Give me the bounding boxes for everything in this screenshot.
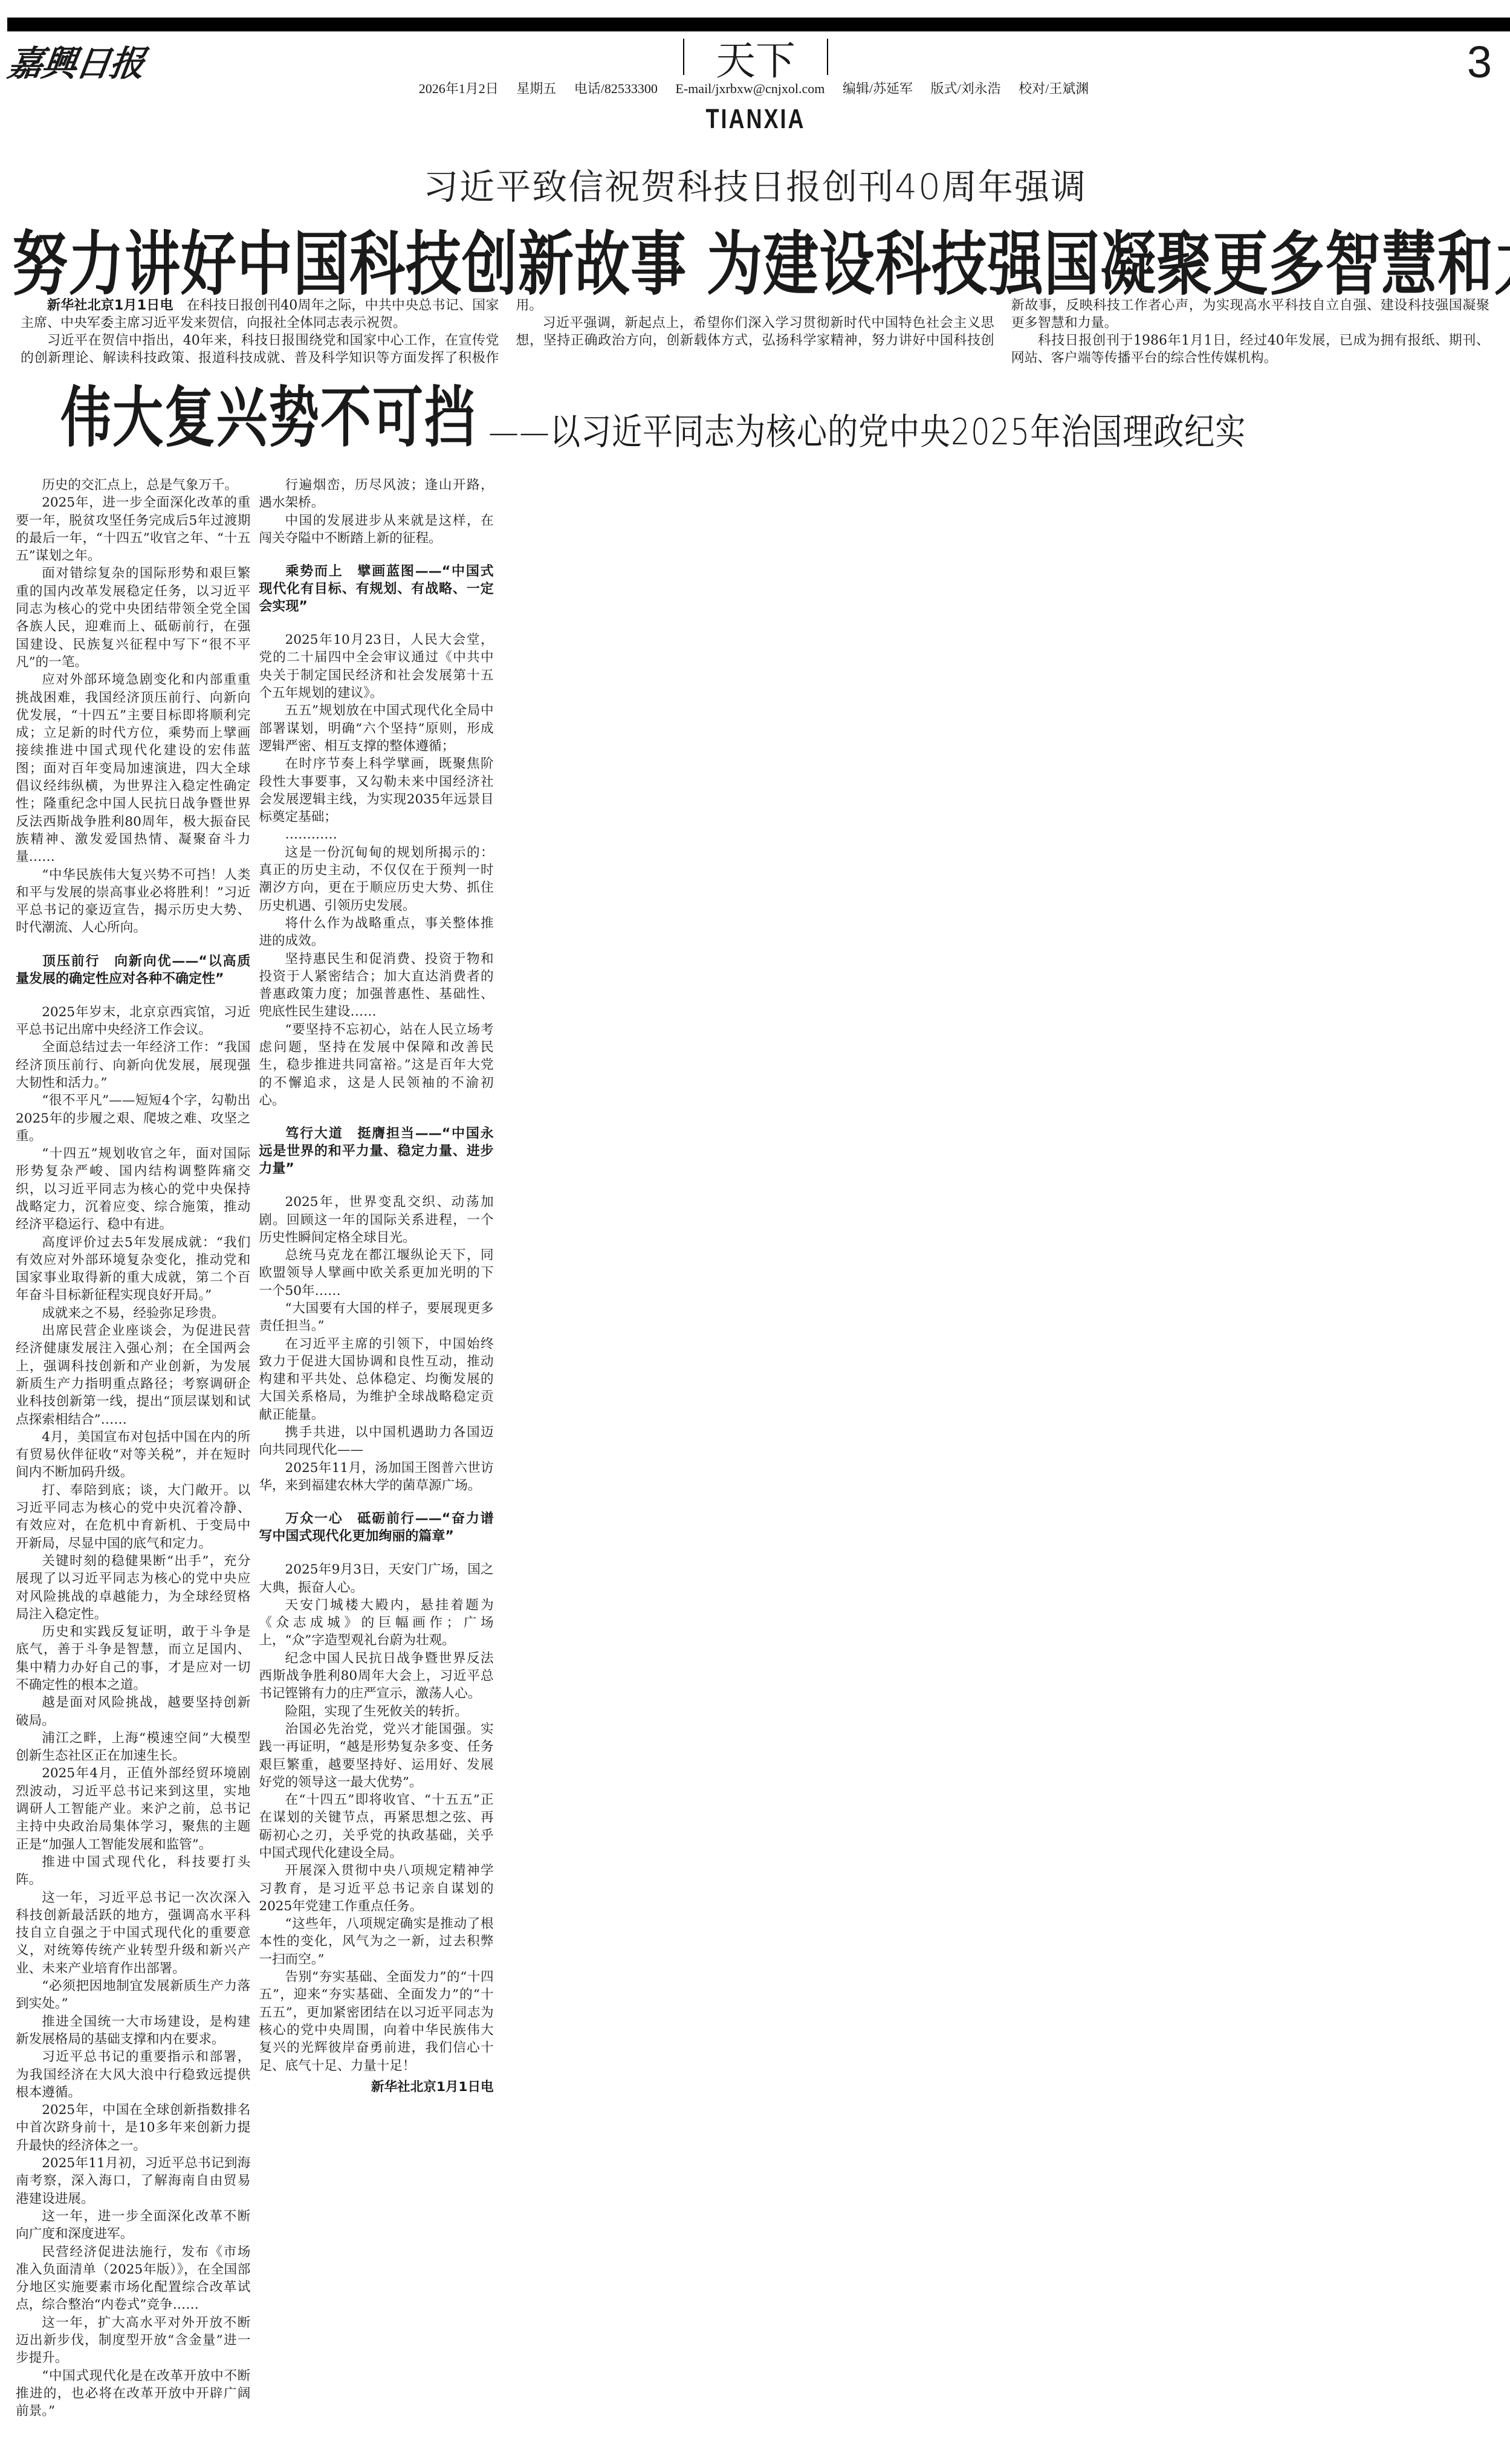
top-story-body: 新华社北京1月1日电 在科技日报创刊40周年之际，中共中央总书记、国家主席、中央… [21,297,1489,367]
issue-weekday: 星期五 [516,81,556,96]
body-paragraph: “很不平凡”——短短4个字，勾勒出2025年的步履之艰、爬坡之难、攻坚之重。 [16,1092,250,1145]
body-paragraph: 面对错综复杂的国际形势和艰巨繁重的国内改革发展稳定任务，以习近平同志为核心的党中… [16,565,250,671]
main-story-headline: 伟大复兴势不可挡 [60,365,476,460]
contact-email: E-mail/jxrbxw@cnjxol.com [675,81,825,96]
section-divider-right [827,39,828,75]
proofreader-credit: 校对/王斌渊 [1019,81,1089,96]
editor-credit: 编辑/苏延军 [843,81,913,96]
body-paragraph: 打、奉陪到底；谈，大门敞开。以习近平同志为核心的党中央沉着冷静、有效应对，在危机… [16,1482,250,1552]
page-number: 3 [1467,36,1492,88]
main-story-heading: 伟大复兴势不可挡 ——以习近平同志为核心的党中央2025年治国理政纪实 [60,387,1246,460]
body-paragraph: 这一年，进一步全面深化改革不断向广度和深度进军。 [16,2208,250,2243]
body-paragraph: 纪念中国人民抗日战争暨世界反法西斯战争胜利80周年大会上，习近平总书记铿锵有力的… [259,1650,493,1703]
body-paragraph: 成就来之不易，经验弥足珍贵。 [16,1305,250,1322]
body-paragraph: 2025年9月3日，天安门广场，国之大典，振奋人心。 [259,1561,493,1597]
body-paragraph: 习近平总书记的重要指示和部署，为我国经济在大风大浪中行稳致远提供根本遵循。 [16,2048,250,2101]
body-paragraph: 携手共进，以中国机遇助力各国迈向共同现代化—— [259,1424,493,1459]
section-pinyin: TIANXIA [641,103,870,135]
body-paragraph: 2025年，进一步全面深化改革的重要一年，脱贫攻坚任务完成后5年过渡期的最后一年… [16,494,250,565]
top-story-headline: 努力讲好中国科技创新故事 为建设科技强国凝聚更多智慧和力量 [12,209,1499,308]
section-subheading: 万众一心 砥砺前行——“奋力谱写中国式现代化更加绚丽的篇章” [259,1510,493,1545]
newspaper-logo: 嘉興日报 [5,35,147,86]
body-paragraph: 将什么作为战略重点，事关整体推进的成效。 [259,915,493,950]
body-paragraph: 2025年岁末，北京京西宾馆，习近平总书记出席中央经济工作会议。 [16,1003,250,1039]
top-story-kicker: 习近平致信祝贺科技日报创刊40周年强调 [0,158,1510,209]
body-paragraph: 应对外部环境急剧变化和内部重重挑战困难，我国经济顶压前行、向新向优发展，“十四五… [16,671,250,866]
closing-dateline: 新华社北京1月1日电 [259,2078,493,2096]
body-paragraph: 在时序节奏上科学擘画，既聚焦阶段性大事要事，又勾勒未来中国经济社会发展逻辑主线，… [259,755,493,826]
body-paragraph: 这一年，习近平总书记一次次深入科技创新最活跃的地方，强调高水平科技自立自强之于中… [16,1889,250,1977]
body-paragraph: 治国必先治党，党兴才能国强。实践一再证明，“越是形势复杂多变、任务艰巨繁重，越要… [259,1720,493,1791]
body-paragraph: 2025年，世界变乱交织、动荡加剧。回顾这一年的国际关系进程，一个历史性瞬间定格… [259,1193,493,1247]
body-paragraph: 天安门城楼大殿内，悬挂着题为《众志成城》的巨幅画作；广场上，“众”字造型观礼台蔚… [259,1597,493,1650]
body-paragraph: 民营经济促进法施行，发布《市场准入负面清单（2025年版）》，在全国部分地区实施… [16,2243,250,2314]
top-story-dateline: 新华社北京1月1日电 [47,298,173,313]
section-title: 天下 [629,35,883,79]
body-paragraph: “中华民族伟大复兴势不可挡！人类和平与发展的崇高事业必将胜利！”习近平总书记的豪… [16,866,250,937]
body-paragraph: 五五”规划放在中国式现代化全局中部署谋划，明确“六个坚持”原则，形成逻辑严密、相… [259,702,493,755]
body-paragraph: 险阻，实现了生死攸关的转折。 [259,1703,493,1720]
body-paragraph: 2025年11月，汤加国王图普六世访华，来到福建农林大学的菌草源广场。 [259,1459,493,1495]
body-paragraph: 这是一份沉甸甸的规划所揭示的：真正的历史主动，不仅仅在于预判一时潮汐方向，更在于… [259,844,493,915]
body-paragraph: 历史的交汇点上，总是气象万千。 [16,476,250,494]
body-paragraph: 行遍烟峦，历尽风波；逢山开路，遇水架桥。 [259,476,493,512]
body-paragraph: 2025年4月，正值外部经贸环境剧烈波动，习近平总书记来到这里，实地调研人工智能… [16,1765,250,1853]
body-paragraph: “这些年，八项规定确实是推动了根本性的变化，风气为之一新，过去积弊一扫而空。” [259,1915,493,1968]
body-paragraph: 浦江之畔，上海“模速空间”大模型创新生态社区正在加速生长。 [16,1730,250,1765]
body-paragraph: 历史和实践反复证明，敢于斗争是底气，善于斗争是智慧，而立足国内、集中精力办好自己… [16,1623,250,1694]
body-paragraph: 4月，美国宣布对包括中国在内的所有贸易伙伴征收“对等关税”，并在短时间内不断加码… [16,1428,250,1482]
body-paragraph: 开展深入贯彻中央八项规定精神学习教育，是习近平总书记亲自谋划的2025年党建工作… [259,1862,493,1915]
body-paragraph: 2025年11月初，习近平总书记到海南考察，深入海口，了解海南自由贸易港建设进展… [16,2154,250,2208]
main-story-subheadline: ——以习近平同志为核心的党中央2025年治国理政纪实 [488,403,1246,455]
body-paragraph: 越是面对风险挑战，越要坚持创新破局。 [16,1694,250,1730]
section-title-text: 天下 [716,28,796,86]
issue-date: 2026年1月2日 [419,81,499,96]
body-paragraph: 中国的发展进步从来就是这样，在闯关夺隘中不断踏上新的征程。 [259,512,493,548]
body-paragraph: 关键时刻的稳健果断“出手”，充分展现了以习近平同志为核心的党中央应对风险挑战的卓… [16,1552,250,1623]
layout-credit: 版式/刘永浩 [930,81,1000,96]
body-paragraph: 推进中国式现代化，科技要打头阵。 [16,1853,250,1889]
body-paragraph: “要坚持不忘初心，站在人民立场考虑问题，坚持在发展中保障和改善民生，稳步推进共同… [259,1021,493,1109]
section-subheading: 乘势而上 擘画蓝图——“中国式现代化有目标、有规划、有战略、一定会实现” [259,563,493,615]
body-paragraph: 出席民营企业座谈会，为促进民营经济健康发展注入强心剂；在全国两会上，强调科技创新… [16,1322,250,1428]
body-paragraph: 高度评价过去5年发展成就：“我们有效应对外部环境复杂变化，推动党和国家事业取得新… [16,1234,250,1305]
body-paragraph: 全面总结过去一年经济工作：“我国经济顶压前行、向新向优发展，展现强大韧性和活力。… [16,1039,250,1092]
body-paragraph: 在“十四五”即将收官、“十五五”正在谋划的关键节点，再紧思想之弦、再砺初心之刃，… [259,1791,493,1862]
body-paragraph: 坚持惠民生和促消费、投资于物和投资于人紧密结合；加大直达消费者的普惠政策力度；加… [259,950,493,1021]
body-paragraph: 2025年，中国在全球创新指数排名中首次跻身前十，是10多年来创新力提升最快的经… [16,2101,250,2154]
body-paragraph: ………… [259,826,493,843]
body-paragraph: “必须把因地制宜发展新质生产力落到实处。” [16,1977,250,2013]
body-paragraph: 推进全国统一大市场建设，是构建新发展格局的基础支撑和内在要求。 [16,2013,250,2049]
section-subheading: 笃行大道 挺膺担当——“中国永远是世界的和平力量、稳定力量、进步力量” [259,1125,493,1178]
body-paragraph: 总统马克龙在都江堰纵论天下，同欧盟领导人擘画中欧关系更加光明的下一个50年…… [259,1247,493,1300]
section-divider-left [683,39,684,75]
top-story-paragraph: 新华社北京1月1日电 在科技日报创刊40周年之际，中共中央总书记、国家主席、中央… [21,297,499,332]
main-story-body: 历史的交汇点上，总是气象万千。2025年，进一步全面深化改革的重要一年，脱贫攻坚… [16,476,1466,2441]
body-paragraph: “大国要有大国的样子，要展现更多责任担当。” [259,1300,493,1335]
masthead-info: 2026年1月2日 星期五 电话/82533300 E-mail/jxrbxw@… [161,79,1346,97]
body-paragraph: 告别“夯实基础、全面发力”的“十四五”，迎来“夯实基础、全面发力”的“十五五”，… [259,1968,493,2075]
body-paragraph: 在习近平主席的引领下，中国始终致力于促进大国协调和良性互动，推动构建和平共处、总… [259,1335,493,1424]
body-paragraph: “十四五”规划收官之年，面对国际形势复杂严峻、国内结构调整阵痛交织，以习近平同志… [16,1145,250,1233]
top-story-paragraph: 科技日报创刊于1986年1月1日，经过40年发展，已成为拥有报纸、期刊、网站、客… [1011,332,1489,367]
body-paragraph: 这一年，扩大高水平对外开放不断迈出新步伐，制度型开放“含金量”进一步提升。 [16,2314,250,2367]
body-paragraph: 2025年10月23日，人民大会堂，党的二十届四中全会审议通过《中共中央关于制定… [259,631,493,702]
section-subheading: 顶压前行 向新向优——“以高质量发展的确定性应对各种不确定性” [16,953,250,988]
contact-phone: 电话/82533300 [574,81,658,96]
body-paragraph: “中国式现代化是在改革开放中不断推进的，也必将在改革开放中开辟广阔前景。” [16,2367,250,2420]
